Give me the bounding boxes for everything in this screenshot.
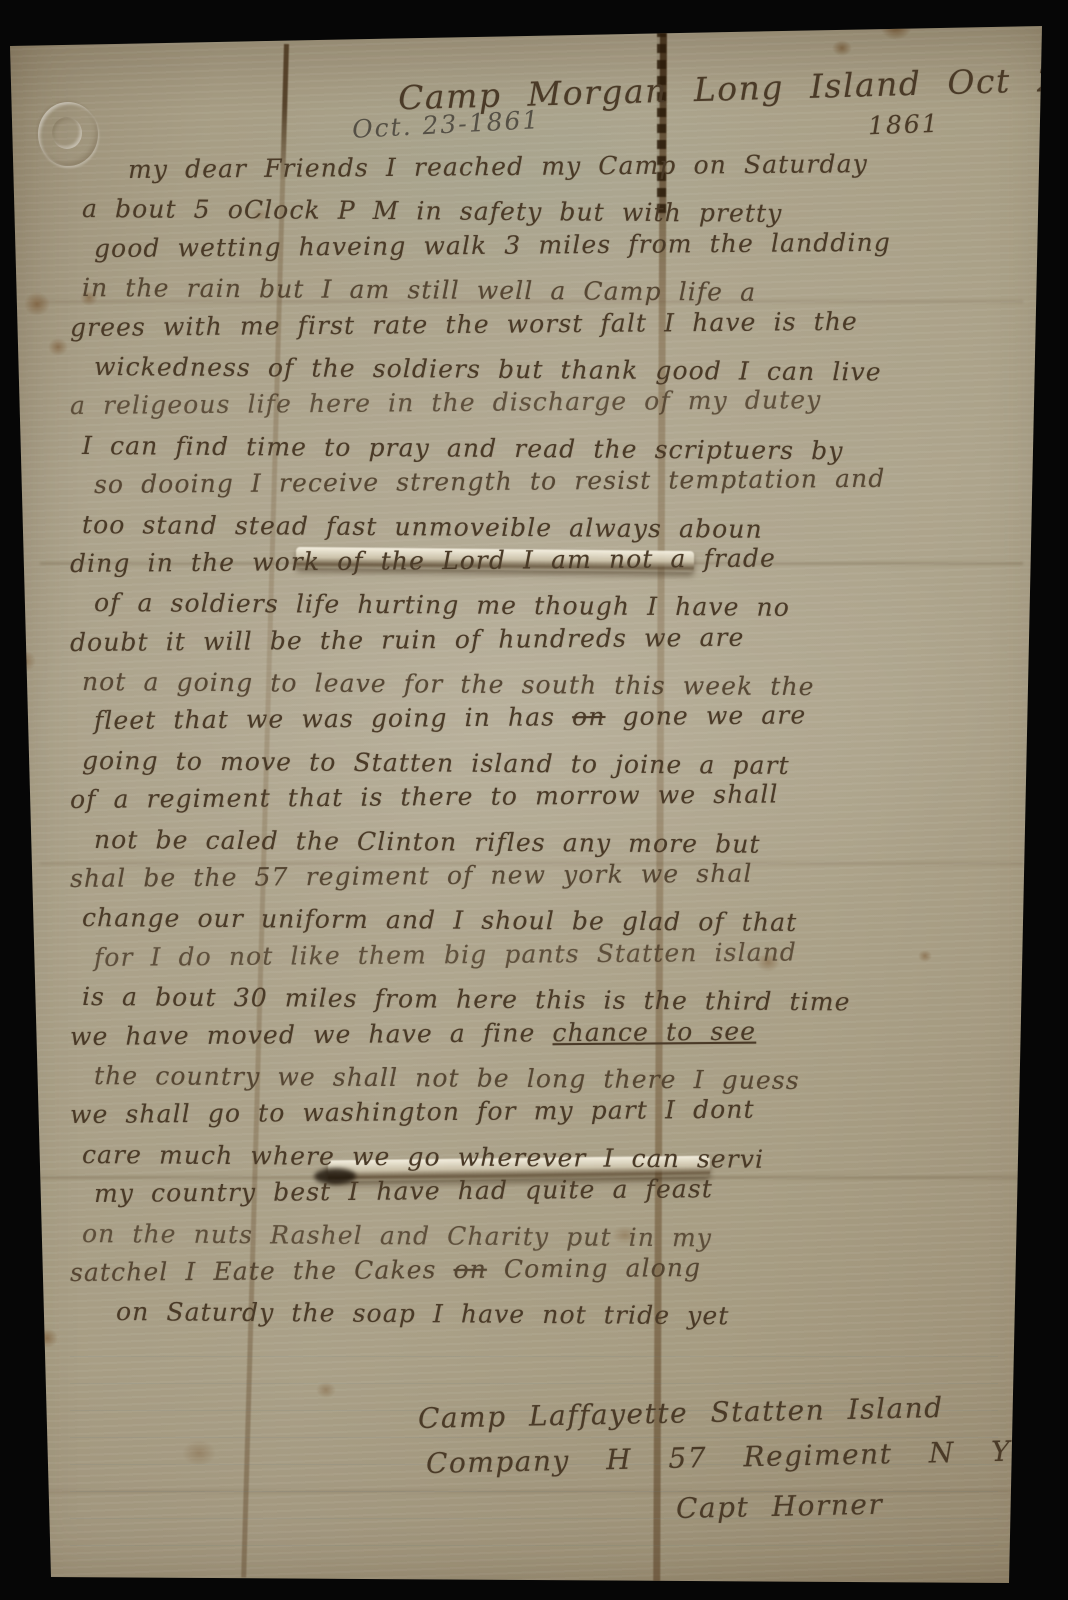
stain <box>832 40 852 56</box>
letter-line: we shall go to washington for my part I … <box>70 1088 980 1135</box>
letter-line: my dear Friends I reached my Camp on Sat… <box>128 143 980 189</box>
letter-line: satchel I Eate the Cakes on Coming along <box>70 1246 980 1293</box>
pencil-date-annotation: Oct. 23-1861 <box>351 105 541 144</box>
closing-line: Capt Horner <box>676 1479 1012 1531</box>
letter-dateline-year: 1861 <box>868 109 941 140</box>
stain <box>48 338 68 356</box>
letter-scan: Camp Morgan Long Island Oct 23 1861 Oct.… <box>0 0 1068 1600</box>
letter-line: my country best I have had quite a feast <box>94 1167 980 1213</box>
letter-line: good wetting haveing walk 3 miles from t… <box>94 222 980 268</box>
letter-line: we have moved we have a fine chance to s… <box>70 1009 980 1056</box>
letter-line: shal be the 57 regiment of new york we s… <box>70 852 980 899</box>
letter-line: a religeous life here in the discharge o… <box>70 379 980 426</box>
letter-line: grees with me first rate the worst falt … <box>70 300 980 347</box>
letter-line: fleet that we was going in has on gone w… <box>94 695 980 741</box>
letter-line: ding in the work of the Lord I am not a … <box>70 537 980 584</box>
stain <box>913 2 927 14</box>
letter-line: on Saturdy the soap I have not tride yet <box>116 1292 980 1337</box>
stain <box>12 650 36 672</box>
stain <box>24 292 50 316</box>
letter-closing: Camp Laffayette Statten IslandCompany H … <box>418 1396 1011 1531</box>
stain <box>36 1328 58 1348</box>
letter-line: so dooing I receive strength to resist t… <box>94 458 980 504</box>
letter-line: of a regiment that is there to morrow we… <box>70 773 980 820</box>
letter-paper: Camp Morgan Long Island Oct 23 1861 Oct.… <box>0 0 1068 1600</box>
letter-body: my dear Friends I reached my Camp on Sat… <box>70 150 980 1332</box>
letter-line: for I do not like them big pants Statten… <box>94 931 980 977</box>
stain <box>880 12 912 40</box>
letter-line: doubt it will be the ruin of hundreds we… <box>70 616 980 663</box>
